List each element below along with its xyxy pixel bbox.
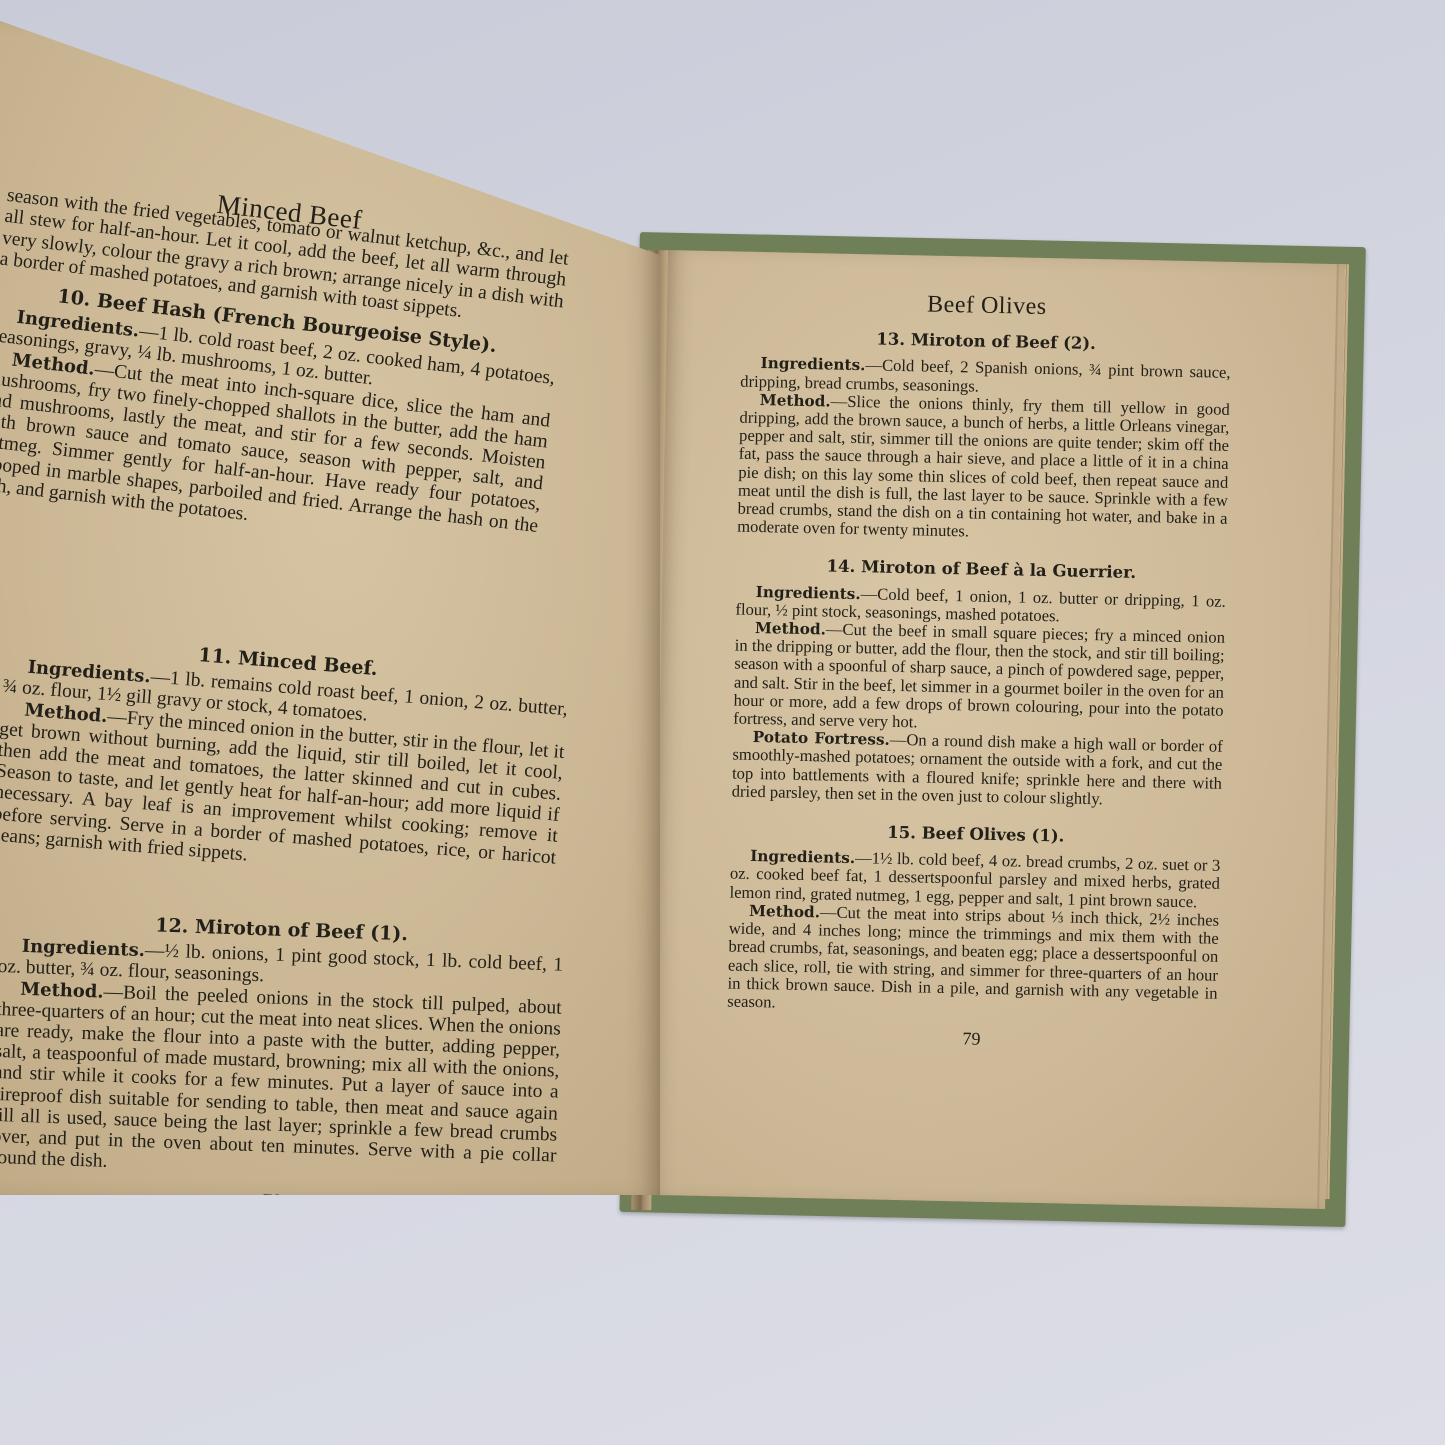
- recipe: 15. Beef Olives (1). Ingredients.—1½ lb.…: [727, 821, 1221, 1021]
- method: Method.—Slice the onions thinly, fry the…: [737, 390, 1230, 546]
- recipe: 11. Minced Beef. Ingredients.—1 lb. rema…: [0, 630, 570, 890]
- recipe: 12. Miroton of Beef (1). Ingredients.—½ …: [0, 910, 564, 1188]
- page-number: 79: [726, 1025, 1216, 1053]
- left-page-content-bottom: 12. Miroton of Beef (1). Ingredients.—½ …: [0, 900, 565, 1195]
- recipe: 14. Miroton of Beef à la Guerrier. Ingre…: [731, 556, 1226, 811]
- recipe-title: 13. Miroton of Beef (2).: [741, 328, 1231, 356]
- recipe-title: 15. Beef Olives (1).: [731, 821, 1221, 849]
- method: Method.—Cut the meat into strips about ⅓…: [727, 901, 1219, 1020]
- left-page-content: Minced Beef season with the fried vegeta…: [0, 170, 571, 558]
- photo-scene: Beef Olives 13. Miroton of Beef (2). Ing…: [0, 0, 1445, 1445]
- left-page: Minced Beef season with the fried vegeta…: [0, 20, 660, 1195]
- running-head: Beef Olives: [742, 292, 1232, 320]
- recipe-title: 14. Miroton of Beef à la Guerrier.: [736, 556, 1226, 584]
- ingredients: Ingredients.—1½ lb. cold beef, 4 oz. bre…: [729, 847, 1220, 912]
- method: Method.—Boil the peeled onions in the st…: [0, 978, 562, 1188]
- right-page: Beef Olives 13. Miroton of Beef (2). Ing…: [645, 250, 1345, 1209]
- right-page-content: Beef Olives 13. Miroton of Beef (2). Ing…: [726, 292, 1232, 1053]
- left-page-content-middle: 11. Minced Beef. Ingredients.—1 lb. rema…: [0, 620, 571, 890]
- recipe: 13. Miroton of Beef (2). Ingredients.—Co…: [737, 328, 1231, 546]
- potato-fortress: Potato Fortress.—On a round dish make a …: [731, 728, 1222, 811]
- method-label: Method.: [20, 978, 104, 1002]
- method: Method.—Cut the beef in small square pie…: [733, 619, 1225, 738]
